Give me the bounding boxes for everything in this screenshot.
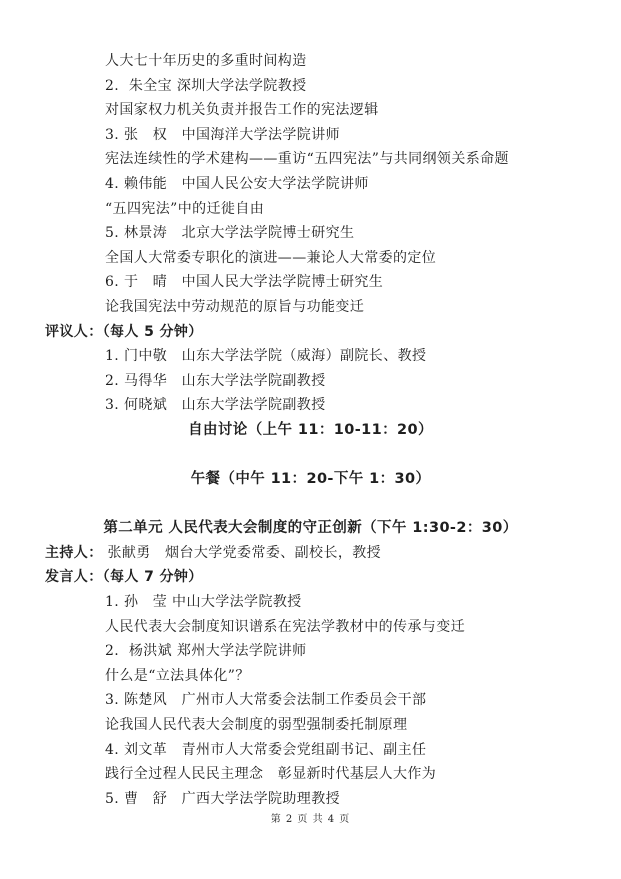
agenda-line: 论我国人民代表大会制度的弱型强制委托制原理 [105, 713, 621, 738]
schedule-heading: 自由讨论（上午 11：10-11：20） [0, 418, 621, 443]
agenda-line: 1. 孙 莹 中山大学法学院教授 [105, 590, 621, 615]
agenda-line: 宪法连续性的学术建构——重访“五四宪法”与共同纲领关系命题 [105, 147, 621, 172]
agenda-line: 6. 于 晴 中国人民大学法学院博士研究生 [105, 270, 621, 295]
role-label-line: 主持人： 张献勇 烟台大学党委常委、副校长，教授 [45, 541, 621, 566]
agenda-line: 人大七十年历史的多重时间构造 [105, 49, 621, 74]
agenda-line: 2. 朱全宝 深圳大学法学院教授 [105, 74, 621, 99]
agenda-line: 践行全过程人民民主理念 彰显新时代基层人大作为 [105, 762, 621, 787]
agenda-line: 3. 张 权 中国海洋大学法学院讲师 [105, 123, 621, 148]
agenda-line: 4. 赖伟能 中国人民公安大学法学院讲师 [105, 172, 621, 197]
agenda-line: “五四宪法”中的迁徙自由 [105, 197, 621, 222]
agenda-line: 人民代表大会制度知识谱系在宪法学教材中的传承与变迁 [105, 615, 621, 640]
agenda-line: 什么是“立法具体化”？ [105, 664, 621, 689]
role-label: 主持人： [45, 545, 103, 561]
agenda-line: 2. 杨洪斌 郑州大学法学院讲师 [105, 639, 621, 664]
agenda-line: 2. 马得华 山东大学法学院副教授 [105, 369, 621, 394]
agenda-line: 对国家权力机关负责并报告工作的宪法逻辑 [105, 98, 621, 123]
agenda-line: 5. 林景涛 北京大学法学院博士研究生 [105, 221, 621, 246]
agenda-line: 3. 陈楚风 广州市人大常委会法制工作委员会干部 [105, 688, 621, 713]
agenda-line: 全国人大常委专职化的演进——兼论人大常委的定位 [105, 246, 621, 271]
agenda-lines-container: 人大七十年历史的多重时间构造2. 朱全宝 深圳大学法学院教授对国家权力机关负责并… [0, 0, 621, 811]
page-number: 第 2 页 共 4 页 [0, 813, 621, 827]
agenda-line: 1. 门中敬 山东大学法学院（威海）副院长、教授 [105, 344, 621, 369]
role-label-line: 评议人：（每人 5 分钟） [45, 320, 621, 345]
agenda-line: 3. 何晓斌 山东大学法学院副教授 [105, 393, 621, 418]
document-page: 人大七十年历史的多重时间构造2. 朱全宝 深圳大学法学院教授对国家权力机关负责并… [0, 0, 621, 879]
role-label-line: 发言人：（每人 7 分钟） [45, 565, 621, 590]
role-value: 张献勇 烟台大学党委常委、副校长，教授 [103, 545, 381, 561]
agenda-line: 5. 曹 舒 广西大学法学院助理教授 [105, 787, 621, 812]
blank-line [0, 443, 621, 468]
agenda-line: 4. 刘文革 青州市人大常委会党组副书记、副主任 [105, 738, 621, 763]
schedule-heading: 午餐（中午 11：20-下午 1：30） [0, 467, 621, 492]
blank-line [0, 492, 621, 517]
schedule-heading: 第二单元 人民代表大会制度的守正创新（下午 1:30-2：30） [0, 516, 621, 541]
agenda-line: 论我国宪法中劳动规范的原旨与功能变迁 [105, 295, 621, 320]
